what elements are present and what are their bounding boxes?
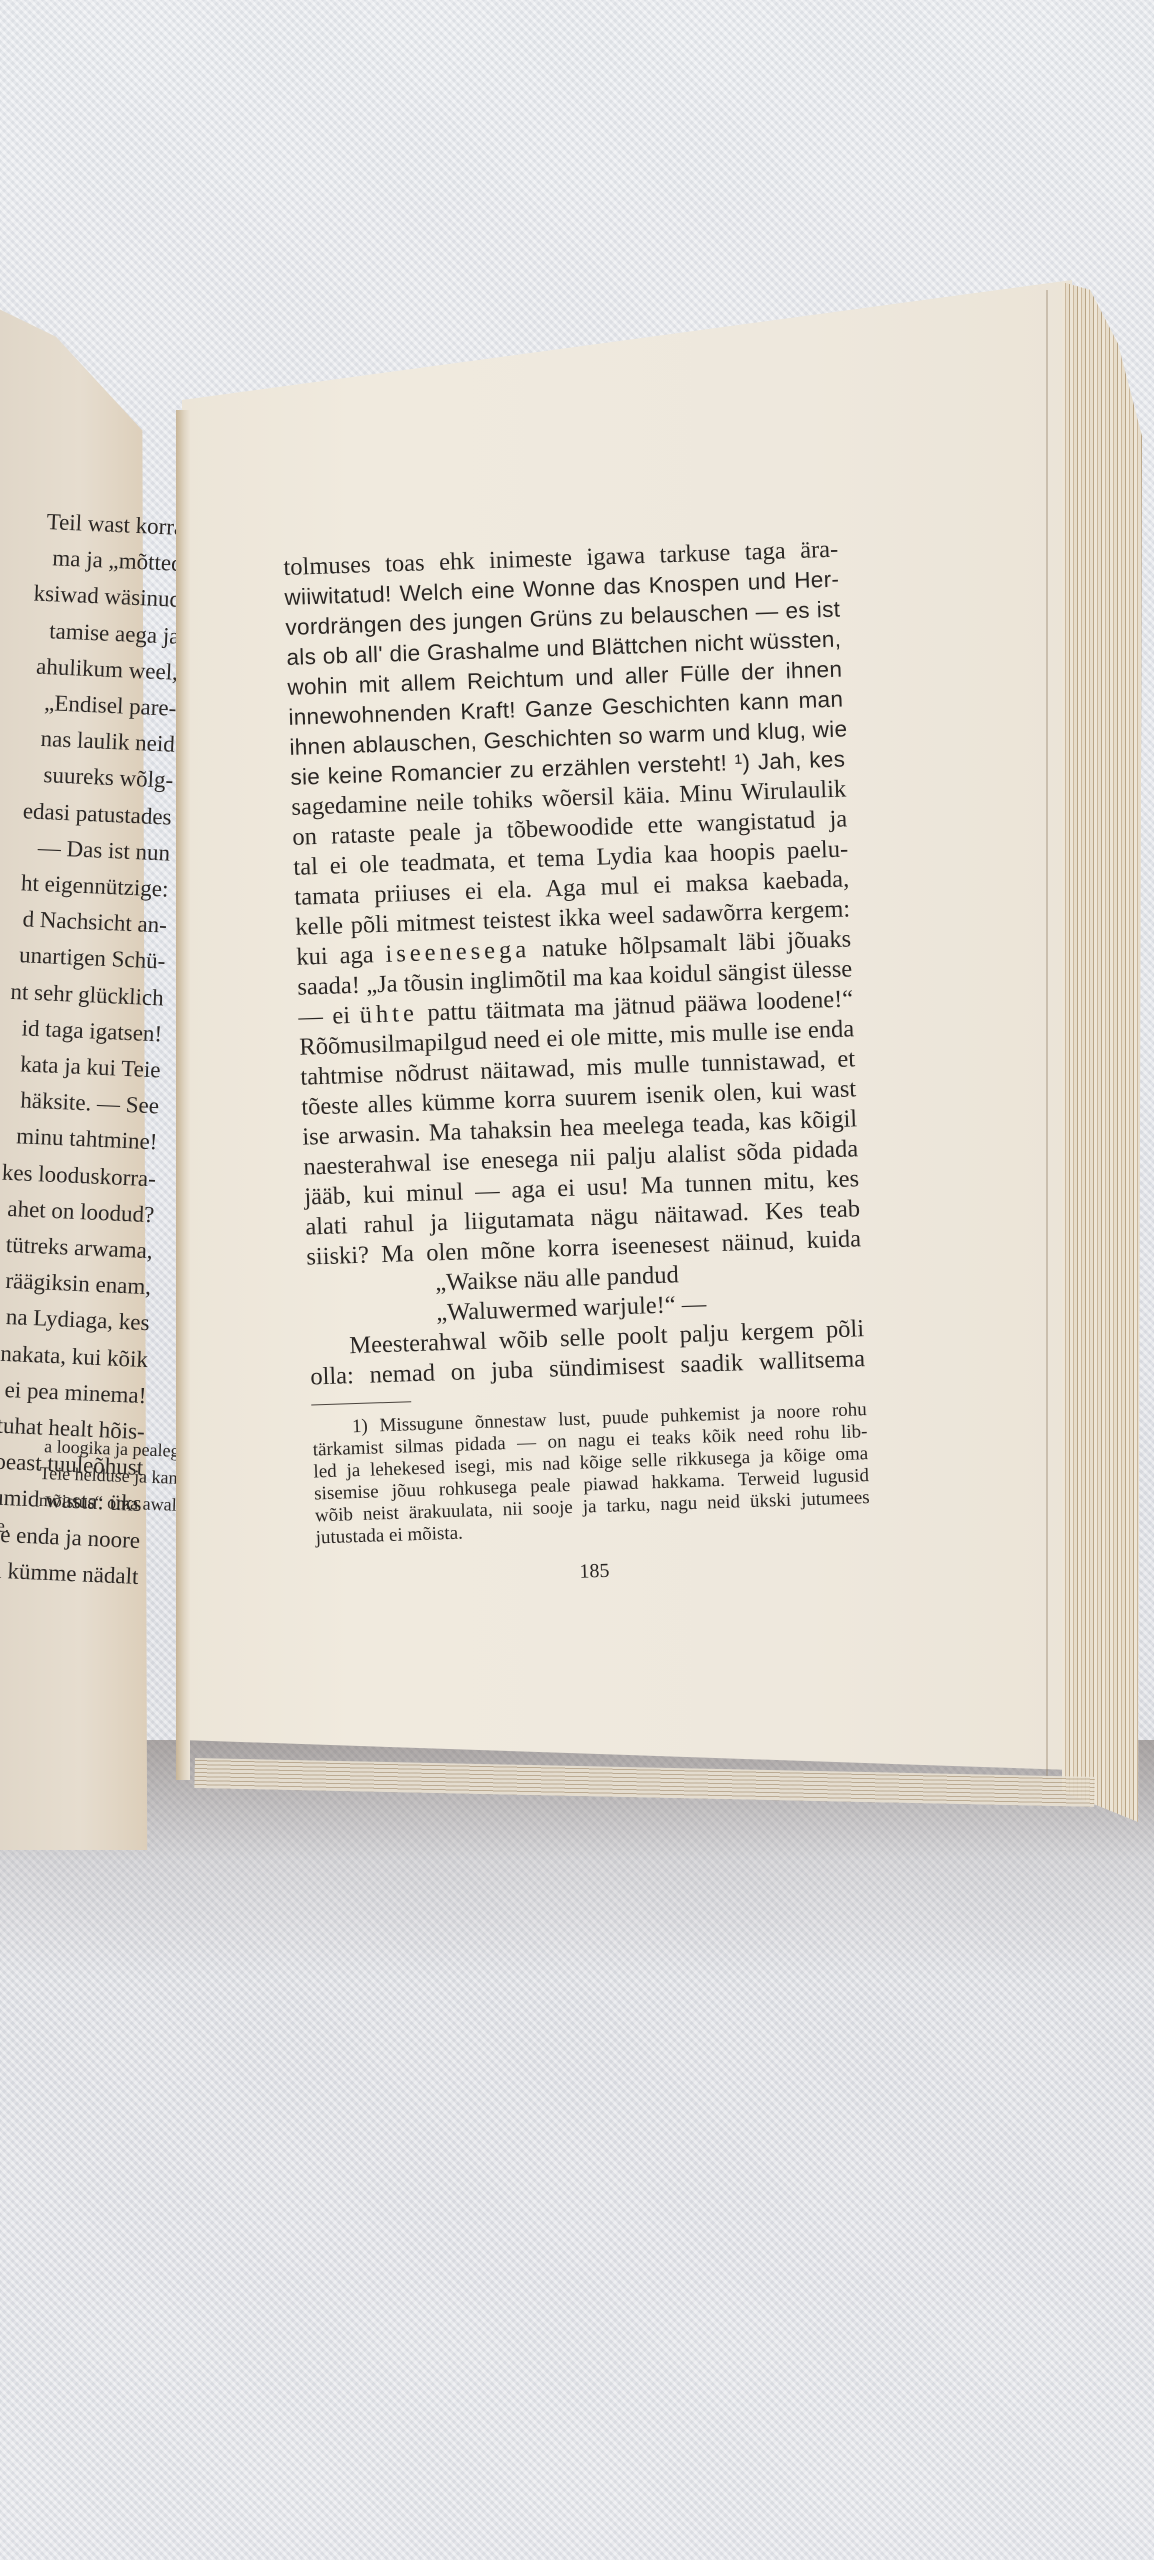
left-page-text: Teil wast korrama ja „mõttedksiwad wäsin… [0,502,185,1595]
emphasized-word: ühte [359,1000,418,1029]
left-page-line: tütreks arwama, [0,1225,153,1269]
footnote: 1) Missugune õnnestaw lust, puude puhkem… [312,1399,871,1549]
left-page-line: räägiksin enam, [0,1261,152,1305]
left-page-line: nakata, kui kõik [0,1334,149,1378]
left-page-line: minu tahtmine! [0,1117,158,1161]
left-page-line: na Lydiaga, kes [0,1298,150,1342]
page-edges-stack [1062,282,1142,1822]
left-page-line: kes looduskorra- [0,1153,157,1197]
left-page-footnote: a loogika ja pealegiTeie helduse ja kan-… [0,1432,185,1546]
book-gutter [176,410,190,1780]
page-crease [1046,290,1048,1780]
emphasized-word: iseenesega [385,936,531,968]
left-page-line: kui kümme nädalt [0,1551,139,1595]
right-page-text-block: tolmuses toas ehk inimeste igawa tarkuse… [283,535,872,1593]
left-page-line: edasi patustades [0,791,172,835]
left-page-line: a ei pea minema! [0,1370,147,1414]
body-text: tolmuses toas ehk inimeste igawa tarkuse… [283,535,862,1273]
footnote-divider [311,1401,411,1405]
